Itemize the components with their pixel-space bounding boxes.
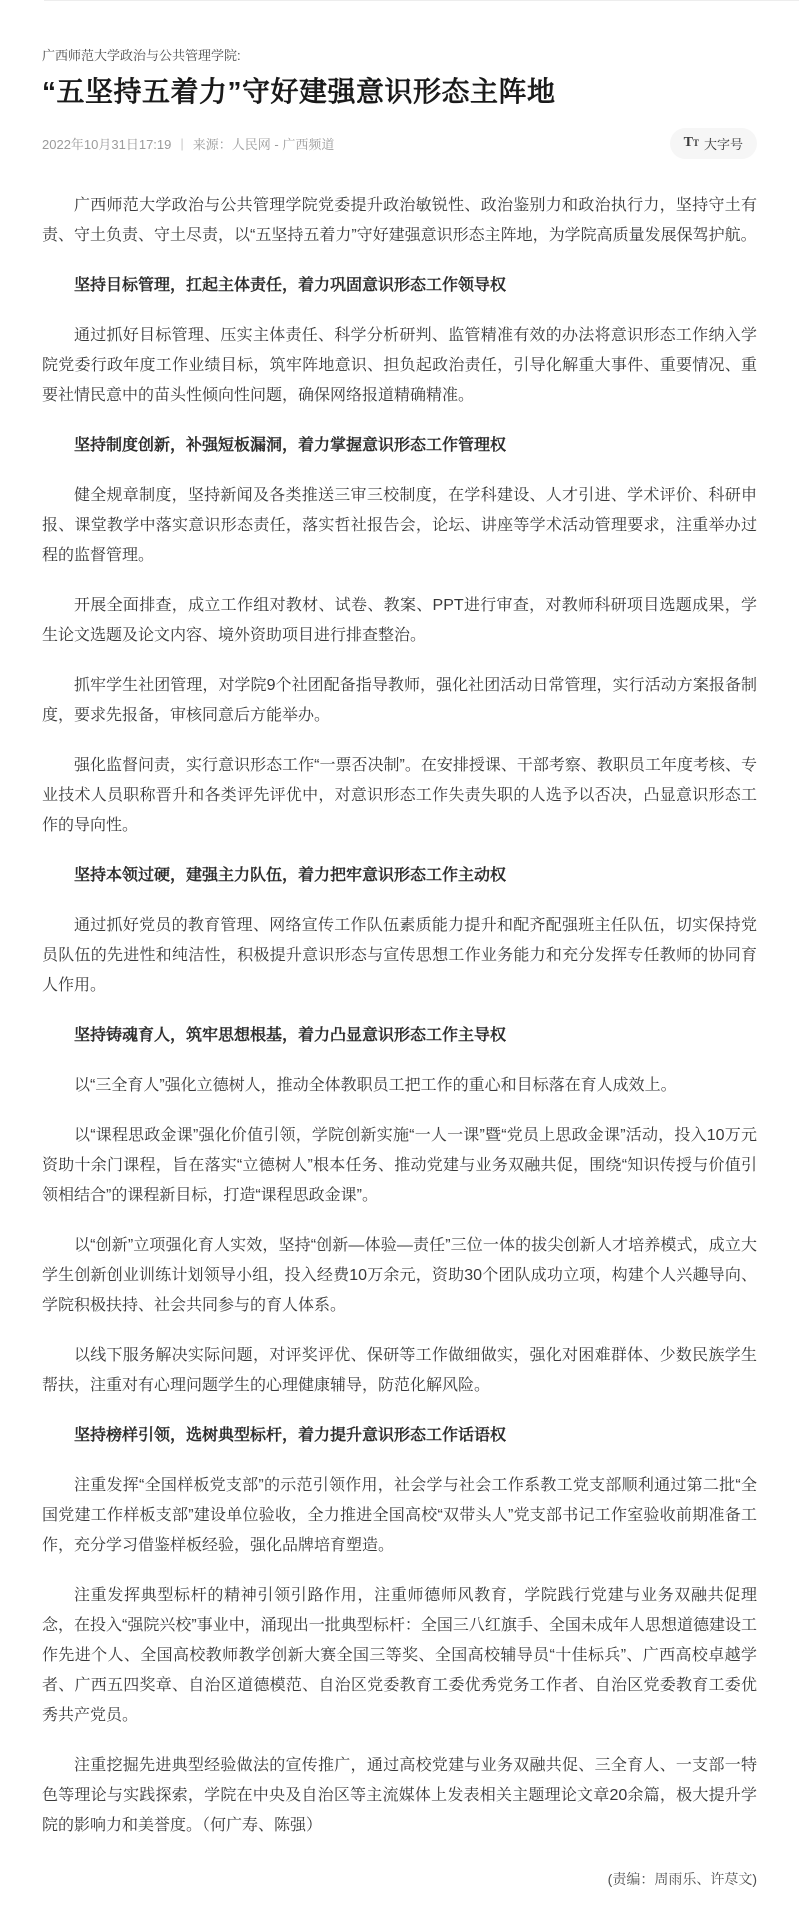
article-paragraph: 注重挖掘先进典型经验做法的宣传推广，通过高校党建与业务双融共促、三全育人、一支部… (42, 1751, 757, 1841)
article-paragraph: 以“课程思政金课”强化价值引领，学院创新实施“一人一课”暨“党员上思政金课”活动… (42, 1121, 757, 1211)
font-size-button[interactable]: TT 大字号 (670, 128, 757, 159)
editor-credit: (责编：周雨乐、许荩文) (0, 1861, 799, 1917)
section-heading: 坚持目标管理，扛起主体责任，着力巩固意识形态工作领导权 (42, 271, 757, 301)
source-link[interactable]: 人民网 - 广西频道 (232, 134, 335, 153)
article-body: 广西师范大学政治与公共管理学院党委提升政治敏锐性、政治鉴别力和政治执行力，坚持守… (0, 191, 799, 1841)
article-paragraph: 注重发挥“全国样板党支部”的示范引领作用，社会学与社会工作系教工党支部顺利通过第… (42, 1471, 757, 1561)
section-heading: 坚持制度创新，补强短板漏洞，着力掌握意识形态工作管理权 (42, 431, 757, 461)
article-paragraph: 健全规章制度，坚持新闻及各类推送三审三校制度，在学科建设、人才引进、学术评价、科… (42, 481, 757, 571)
article-paragraph: 强化监督问责，实行意识形态工作“一票否决制”。在安排授课、干部考察、教职员工年度… (42, 751, 757, 841)
article-paragraph: 注重发挥典型标杆的精神引领引路作用，注重师德师风教育，学院践行党建与业务双融共促… (42, 1581, 757, 1731)
font-size-icon: TT (684, 135, 699, 151)
article-paragraph: 通过抓好目标管理、压实主体责任、科学分析研判、监管精准有效的办法将意识形态工作纳… (42, 321, 757, 411)
article-meta: 2022年10月31日17:19 | 来源： 人民网 - 广西频道 (42, 134, 334, 153)
article-paragraph: 广西师范大学政治与公共管理学院党委提升政治敏锐性、政治鉴别力和政治执行力，坚持守… (42, 191, 757, 251)
font-size-label: 大字号 (704, 134, 743, 153)
meta-divider: | (180, 136, 183, 151)
article-meta-row: 2022年10月31日17:19 | 来源： 人民网 - 广西频道 TT 大字号 (42, 128, 757, 159)
article-header: 广西师范大学政治与公共管理学院: “五坚持五着力”守好建强意识形态主阵地 202… (0, 45, 799, 159)
source-label: 来源： (193, 134, 232, 153)
article-paragraph: 开展全面排查，成立工作组对教材、试卷、教案、PPT进行审查，对教师科研项目选题成… (42, 591, 757, 651)
article-paragraph: 以“创新”立项强化育人实效，坚持“创新—体验—责任”三位一体的拔尖创新人才培养模… (42, 1231, 757, 1321)
article-paragraph: 通过抓好党员的教育管理、网络宣传工作队伍素质能力提升和配齐配强班主任队伍，切实保… (42, 911, 757, 1001)
publish-date: 2022年10月31日17:19 (42, 134, 171, 153)
article-pretitle: 广西师范大学政治与公共管理学院: (42, 45, 757, 64)
top-divider (44, 0, 799, 3)
article-page: 广西师范大学政治与公共管理学院: “五坚持五着力”守好建强意识形态主阵地 202… (0, 0, 799, 1917)
article-paragraph: 以“三全育人”强化立德树人，推动全体教职员工把工作的重心和目标落在育人成效上。 (42, 1071, 757, 1101)
section-heading: 坚持榜样引领，选树典型标杆，着力提升意识形态工作话语权 (42, 1421, 757, 1451)
section-heading: 坚持本领过硬，建强主力队伍，着力把牢意识形态工作主动权 (42, 861, 757, 891)
article-paragraph: 以线下服务解决实际问题，对评奖评优、保研等工作做细做实，强化对困难群体、少数民族… (42, 1341, 757, 1401)
section-heading: 坚持铸魂育人，筑牢思想根基，着力凸显意识形态工作主导权 (42, 1021, 757, 1051)
article-paragraph: 抓牢学生社团管理，对学院9个社团配备指导教师，强化社团活动日常管理，实行活动方案… (42, 671, 757, 731)
article-title: “五坚持五着力”守好建强意识形态主阵地 (42, 73, 757, 111)
